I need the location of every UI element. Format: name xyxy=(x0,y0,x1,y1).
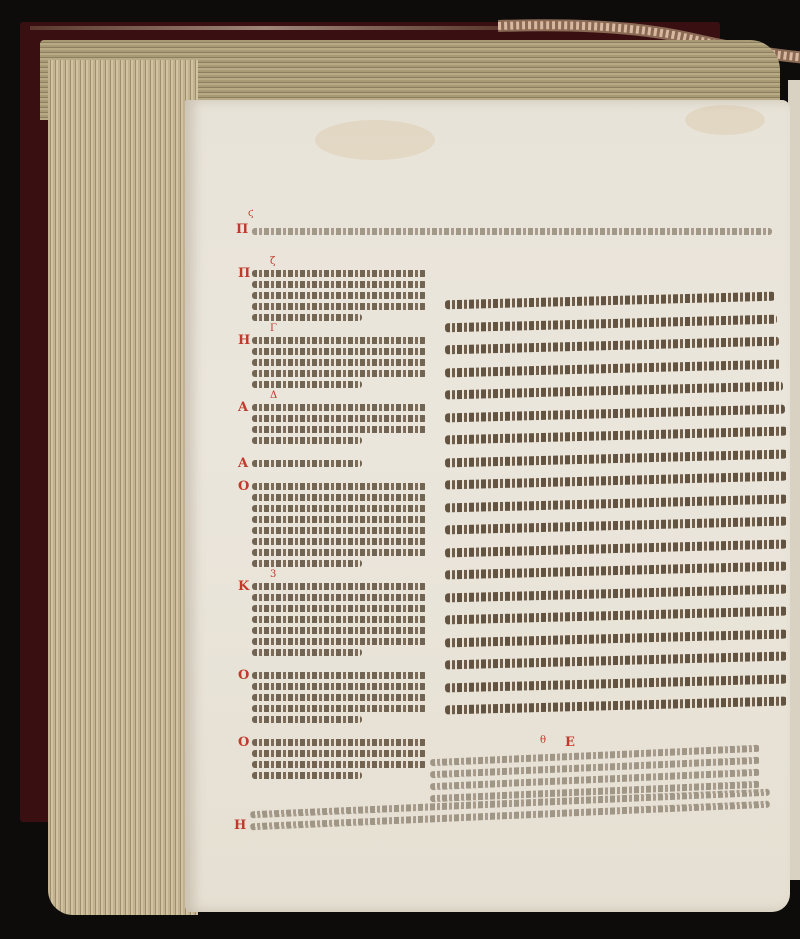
rubric-initial: Α xyxy=(238,400,248,415)
scholion-line xyxy=(252,516,427,523)
scholion-line xyxy=(252,672,427,679)
scholion-line xyxy=(252,527,427,534)
scholion-line xyxy=(252,638,427,645)
section-numeral: θ xyxy=(540,735,546,746)
scholion-line xyxy=(252,228,772,235)
scholion-line xyxy=(252,494,427,501)
scholion-line xyxy=(252,750,427,757)
rubric-initial: Π xyxy=(236,222,248,237)
scholion-line xyxy=(252,772,362,779)
scholion-line xyxy=(252,415,427,422)
scholion-line xyxy=(252,483,427,490)
scholion-line xyxy=(252,381,362,388)
rubric-initial: Ε xyxy=(565,735,575,750)
section-numeral: Δ xyxy=(270,390,277,401)
scholion-line xyxy=(252,348,427,355)
water-stain xyxy=(685,105,765,135)
rubric-initial: Ο xyxy=(238,479,249,494)
rubric-initial: Η xyxy=(238,333,250,348)
rubric-initial: Α xyxy=(238,456,248,471)
scholion-line xyxy=(252,594,427,601)
scholion-line xyxy=(252,314,362,321)
scholion-line xyxy=(252,705,427,712)
scholion-line xyxy=(252,370,427,377)
rubric-initial: Ο xyxy=(238,735,249,750)
scholion-line xyxy=(252,694,427,701)
scholion-line xyxy=(252,649,362,656)
scholion-line xyxy=(252,437,362,444)
scholion-line xyxy=(252,337,427,344)
rubric-initial: Η xyxy=(234,818,246,833)
scholion-line xyxy=(252,281,427,288)
scholion-line xyxy=(252,505,427,512)
cover-gilt-edge xyxy=(30,26,500,30)
scholion-line xyxy=(252,583,427,590)
rubric-initial: Π xyxy=(238,266,250,281)
scholion-line xyxy=(252,359,427,366)
scholion-line xyxy=(252,605,427,612)
scholion-line xyxy=(252,739,427,746)
rubric-initial: Ο xyxy=(238,668,249,683)
scholion-line xyxy=(252,292,427,299)
scholion-line xyxy=(252,270,427,277)
water-stain xyxy=(315,120,435,160)
section-numeral: 3 xyxy=(270,569,276,580)
scholion-line xyxy=(252,683,427,690)
scholion-line xyxy=(252,627,427,634)
section-numeral: Γ xyxy=(270,323,277,334)
scholion-line xyxy=(252,426,427,433)
fore-edge-left xyxy=(48,60,198,915)
rubric-initial: Κ xyxy=(238,579,249,594)
scholion-line xyxy=(252,716,362,723)
scholion-line xyxy=(252,616,427,623)
scholion-line xyxy=(252,560,362,567)
scholion-line xyxy=(252,761,427,768)
scholion-line xyxy=(252,538,427,545)
scholion-line xyxy=(252,303,427,310)
scholion-line xyxy=(252,404,427,411)
section-numeral: ζ xyxy=(270,256,275,267)
scholion-line xyxy=(252,460,362,467)
scholion-line xyxy=(252,549,427,556)
section-numeral: ϛ xyxy=(248,208,254,219)
